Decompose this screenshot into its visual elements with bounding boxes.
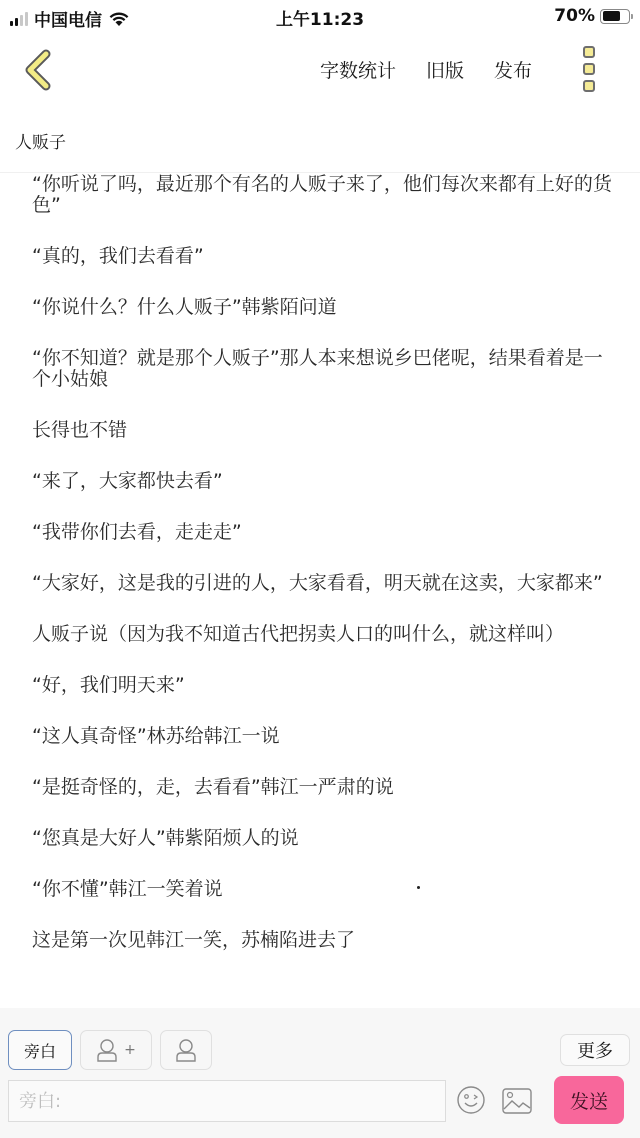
send-button[interactable]: 发送: [554, 1076, 624, 1124]
back-button[interactable]: [20, 48, 60, 92]
plus-icon: +: [124, 1042, 136, 1058]
paragraph: “好，我们明天来”: [32, 675, 612, 696]
paragraph: 长得也不错: [32, 420, 612, 441]
more-menu-button[interactable]: [578, 46, 600, 92]
battery-icon: [600, 9, 630, 24]
paragraph: “你不懂”韩江一笑着说: [32, 879, 612, 900]
emoji-icon[interactable]: [456, 1085, 486, 1115]
paragraph: “是挺奇怪的，走，去看看”韩江一严肃的说: [32, 777, 612, 798]
paragraph: “大家好，这是我的引进的人，大家看看，明天就在这卖，大家都来”: [32, 573, 612, 594]
compose-toolbar: 旁白 + 更多 发送: [0, 1008, 640, 1138]
paragraph: “你听说了吗，最近那个有名的人贩子来了，他们每次来都有上好的货色”: [32, 174, 612, 216]
status-right: 70%: [554, 6, 630, 26]
menu-dot-icon: [583, 46, 595, 58]
status-time: 上午11:23: [0, 5, 640, 30]
paragraph: “来了，大家都快去看”: [32, 471, 612, 492]
more-label: 更多: [577, 1037, 613, 1063]
paragraph: “你说什么？什么人贩子”韩紫陌问道: [32, 297, 612, 318]
document-body[interactable]: “你听说了吗，最近那个有名的人贩子来了，他们每次来都有上好的货色” “真的，我们…: [32, 172, 612, 981]
paragraph: 这是第一次见韩江一笑，苏楠陷进去了: [32, 930, 612, 951]
narrator-button[interactable]: 旁白: [8, 1030, 72, 1070]
paragraph: 人贩子说（因为我不知道古代把拐卖人口的叫什么，就这样叫）: [32, 624, 612, 645]
status-bar: 中国电信 上午11:23 70%: [0, 0, 640, 34]
paragraph: “您真是大好人”韩紫陌烦人的说: [32, 828, 612, 849]
paragraph: “你不知道？就是那个人贩子”那人本来想说乡巴佬呢，结果看着是一个小姑娘: [32, 348, 612, 390]
nav-actions: 字数统计 旧版 发布: [320, 56, 532, 83]
word-count-button[interactable]: 字数统计: [320, 56, 396, 83]
role-selector: 旁白 +: [8, 1030, 212, 1070]
menu-dot-icon: [583, 63, 595, 75]
stray-dot: [417, 886, 420, 889]
add-role-button[interactable]: +: [80, 1030, 152, 1070]
role-button[interactable]: [160, 1030, 212, 1070]
paragraph: “真的，我们去看看”: [32, 246, 612, 267]
old-version-button[interactable]: 旧版: [426, 56, 464, 83]
battery-percent: 70%: [554, 6, 595, 26]
person-icon: [175, 1038, 197, 1062]
top-nav: 字数统计 旧版 发布: [0, 40, 640, 100]
more-button[interactable]: 更多: [560, 1034, 630, 1066]
publish-button[interactable]: 发布: [494, 56, 532, 83]
chevron-left-icon: [20, 48, 60, 92]
narrator-label: 旁白: [24, 1039, 56, 1062]
document-title[interactable]: 人贩子: [15, 128, 66, 153]
compose-input[interactable]: [8, 1080, 446, 1122]
paragraph: “这人真奇怪”林苏给韩江一说: [32, 726, 612, 747]
menu-dot-icon: [583, 80, 595, 92]
paragraph: “我带你们去看，走走走”: [32, 522, 612, 543]
add-person-icon: [96, 1038, 118, 1062]
image-icon[interactable]: [502, 1088, 532, 1114]
